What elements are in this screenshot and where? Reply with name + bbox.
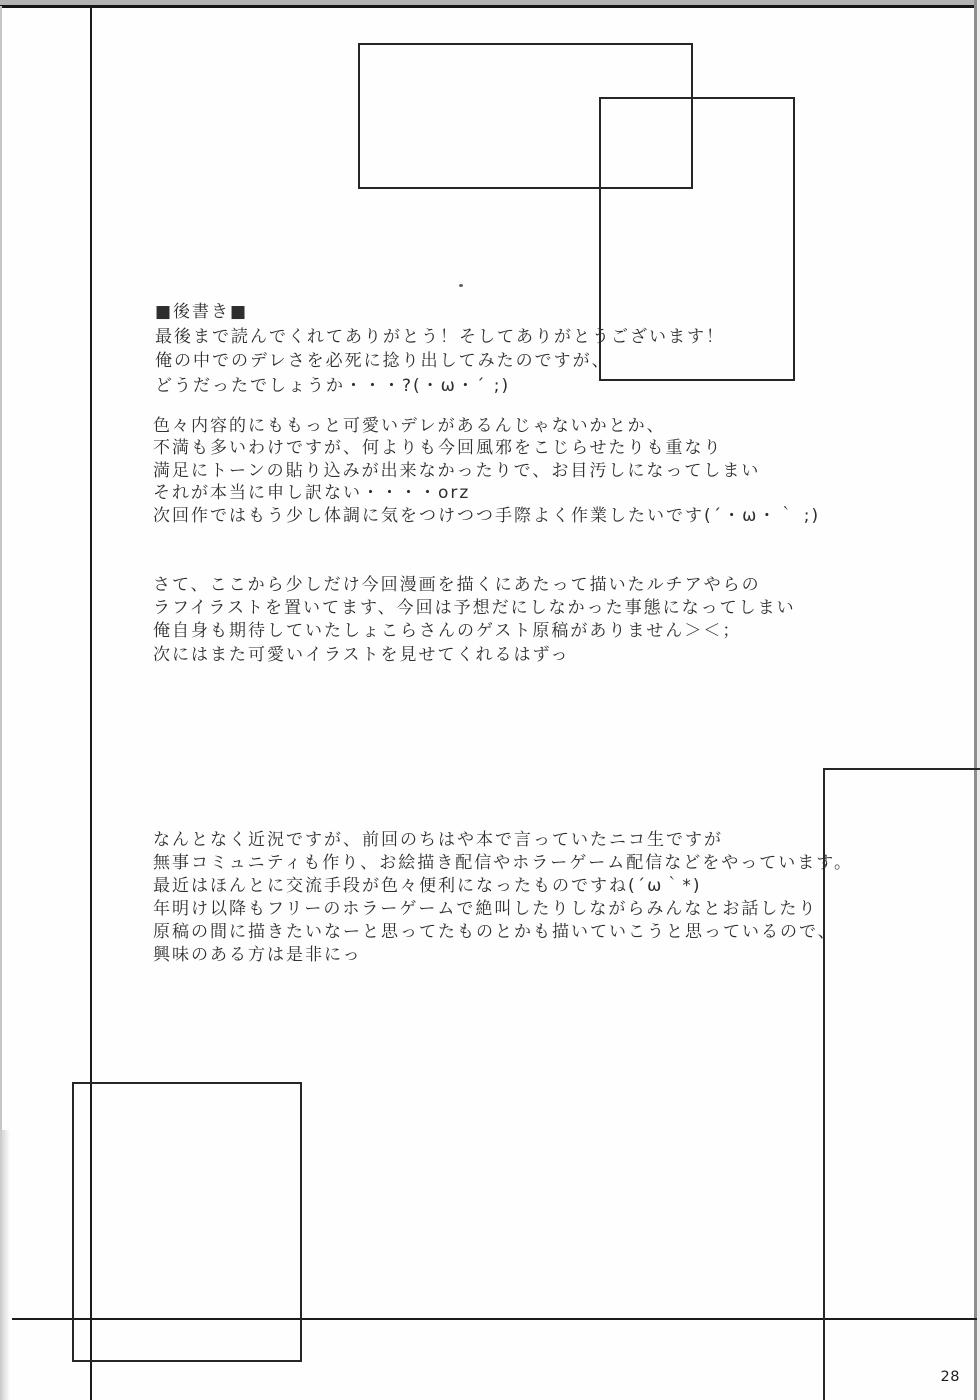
frame-box-bottom-left bbox=[72, 1082, 302, 1362]
afterword-line: 不満も多いわけですが、何よりも今回風邪をこじらせたりも重なり bbox=[153, 437, 820, 459]
afterword-line: 満足にトーンの貼り込みが出来なかったりで、お目汚しになってしまい bbox=[153, 460, 820, 482]
afterword-line: 年明け以降もフリーのホラーゲームで絶叫したりしながらみんなとお話したり bbox=[153, 898, 853, 921]
afterword-line: 俺自身も期待していたしょこらさんのゲスト原稿がありません＞＜； bbox=[153, 620, 796, 643]
afterword-line: それが本当に申し訳ない・・・・orz bbox=[153, 482, 820, 504]
ink-speck bbox=[459, 284, 463, 287]
afterword-paragraph-4: なんとなく近況ですが、前回のちはや本で言っていたニコ生ですが 無事コミュニティも… bbox=[153, 829, 853, 967]
page-number: 28 bbox=[920, 1369, 960, 1385]
afterword-line: 無事コミュニティも作り、お絵描き配信やホラーゲーム配信などをやっています。 bbox=[153, 852, 853, 875]
page-scan: ■後書き■ 最後まで読んでくれてありがとう！そしてありがとうございます！ 俺の中… bbox=[0, 0, 980, 1400]
afterword-paragraph-3: さて、ここから少しだけ今回漫画を描くにあたって描いたルチアやらの ラフイラストを… bbox=[153, 574, 796, 667]
afterword-paragraph-1: ■後書き■ 最後まで読んでくれてありがとう！そしてありがとうございます！ 俺の中… bbox=[155, 300, 725, 398]
afterword-line: 最近はほんとに交流手段が色々便利になったものですね(´ω｀*) bbox=[153, 875, 853, 898]
afterword-paragraph-2: 色々内容的にももっと可愛いデレがあるんじゃないかとか、 不満も多いわけですが、何… bbox=[153, 415, 820, 527]
afterword-line: 俺の中でのデレさを必死に捻り出してみたのですが、 bbox=[155, 349, 725, 374]
afterword-line: 次回作ではもう少し体調に気をつけつつ手際よく作業したいです(´・ω・｀ ;) bbox=[153, 505, 820, 527]
afterword-line: さて、ここから少しだけ今回漫画を描くにあたって描いたルチアやらの bbox=[153, 574, 796, 597]
afterword-line: 色々内容的にももっと可愛いデレがあるんじゃないかとか、 bbox=[153, 415, 820, 437]
afterword-heading: ■後書き■ bbox=[155, 300, 725, 325]
afterword-line: 次にはまた可愛いイラストを見せてくれるはずっ bbox=[153, 644, 796, 667]
afterword-line: ラフイラストを置いてます、今回は予想だにしなかった事態になってしまい bbox=[153, 597, 796, 620]
afterword-line: どうだったでしょうか・・・?(・ω・´ ;) bbox=[155, 374, 725, 399]
afterword-line: 興味のある方は是非にっ bbox=[153, 944, 853, 967]
afterword-line: 最後まで読んでくれてありがとう！そしてありがとうございます！ bbox=[155, 325, 725, 350]
top-edge-line bbox=[0, 5, 980, 8]
afterword-line: 原稿の間に描きたいなーと思ってたものとかも描いていこうと思っているので、 bbox=[153, 921, 853, 944]
left-bottom-shadow bbox=[0, 1130, 10, 1400]
afterword-line: なんとなく近況ですが、前回のちはや本で言っていたニコ生ですが bbox=[153, 829, 853, 852]
